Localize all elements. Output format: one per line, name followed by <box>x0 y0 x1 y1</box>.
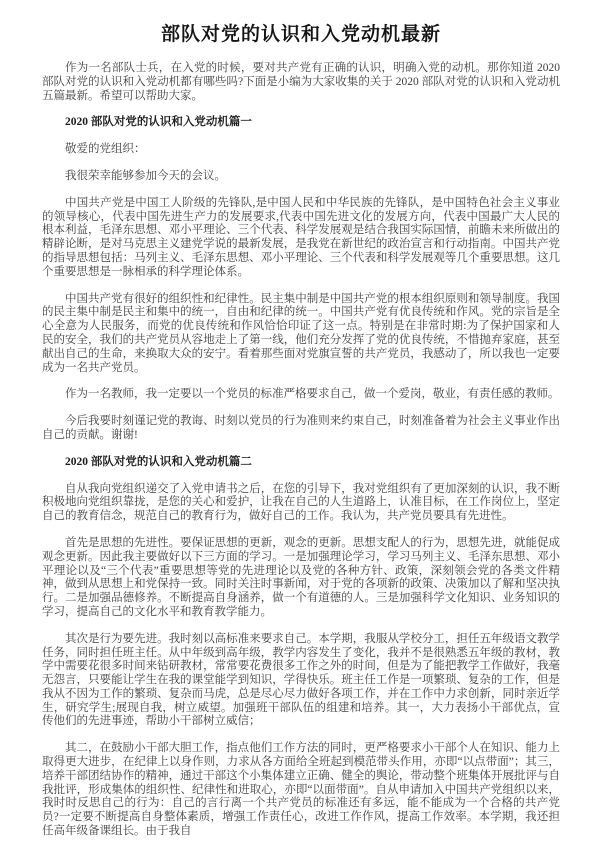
paragraph: 作为一名部队士兵，在入党的时候，要对共产党有正确的认识，明确入党的动机。那你知道… <box>42 62 560 103</box>
section-heading: 2020 部队对党的认识和入党动机篇一 <box>42 116 560 130</box>
paragraph: 其次是行为要先进。我时刻以高标准来要求自己。本学期，我服从学校分工，担任五年级语… <box>42 633 560 730</box>
paragraph: 作为一名教师，我一定要以一个党员的标准严格要求自己，做一个爱岗，敬业，有责任感的… <box>42 388 560 402</box>
paragraph: 今后我要时刻谨记党的教诲、时刻以党员的行为准则来约束自己，时刻准备着为社会主义事… <box>42 415 560 443</box>
paragraph: 中国共产党有很好的组织性和纪律性。民主集中制是中国共产党的根本组织原则和领导制度… <box>42 293 560 376</box>
paragraph: 中国共产党是中国工人阶级的先锋队,是中国人民和中华民族的先锋队，是中国特色社会主… <box>42 197 560 280</box>
paragraph: 首先是思想的先进性。要保证思想的更新，观念的更新。思想支配人的行为，思想先进，就… <box>42 537 560 620</box>
paragraph: 自从我向党组织递交了入党申请书之后，在您的引导下，我对党组织有了更加深刻的认识，… <box>42 483 560 524</box>
paragraph: 其二，在鼓励小干部大胆工作，指点他们工作方法的同时，更严格要求小干部个人在知识、… <box>42 742 560 839</box>
paragraph: 敬爱的党组织： <box>42 143 560 157</box>
document-page: 部队对党的认识和入党动机最新 作为一名部队士兵，在入党的时候，要对共产党有正确的… <box>0 0 600 849</box>
paragraph: 我很荣幸能够参加今天的会议。 <box>42 170 560 184</box>
document-body: 作为一名部队士兵，在入党的时候，要对共产党有正确的认识，明确入党的动机。那你知道… <box>42 62 560 839</box>
page-title: 部队对党的认识和入党动机最新 <box>42 22 560 47</box>
section-heading: 2020 部队对党的认识和入党动机篇二 <box>42 456 560 470</box>
